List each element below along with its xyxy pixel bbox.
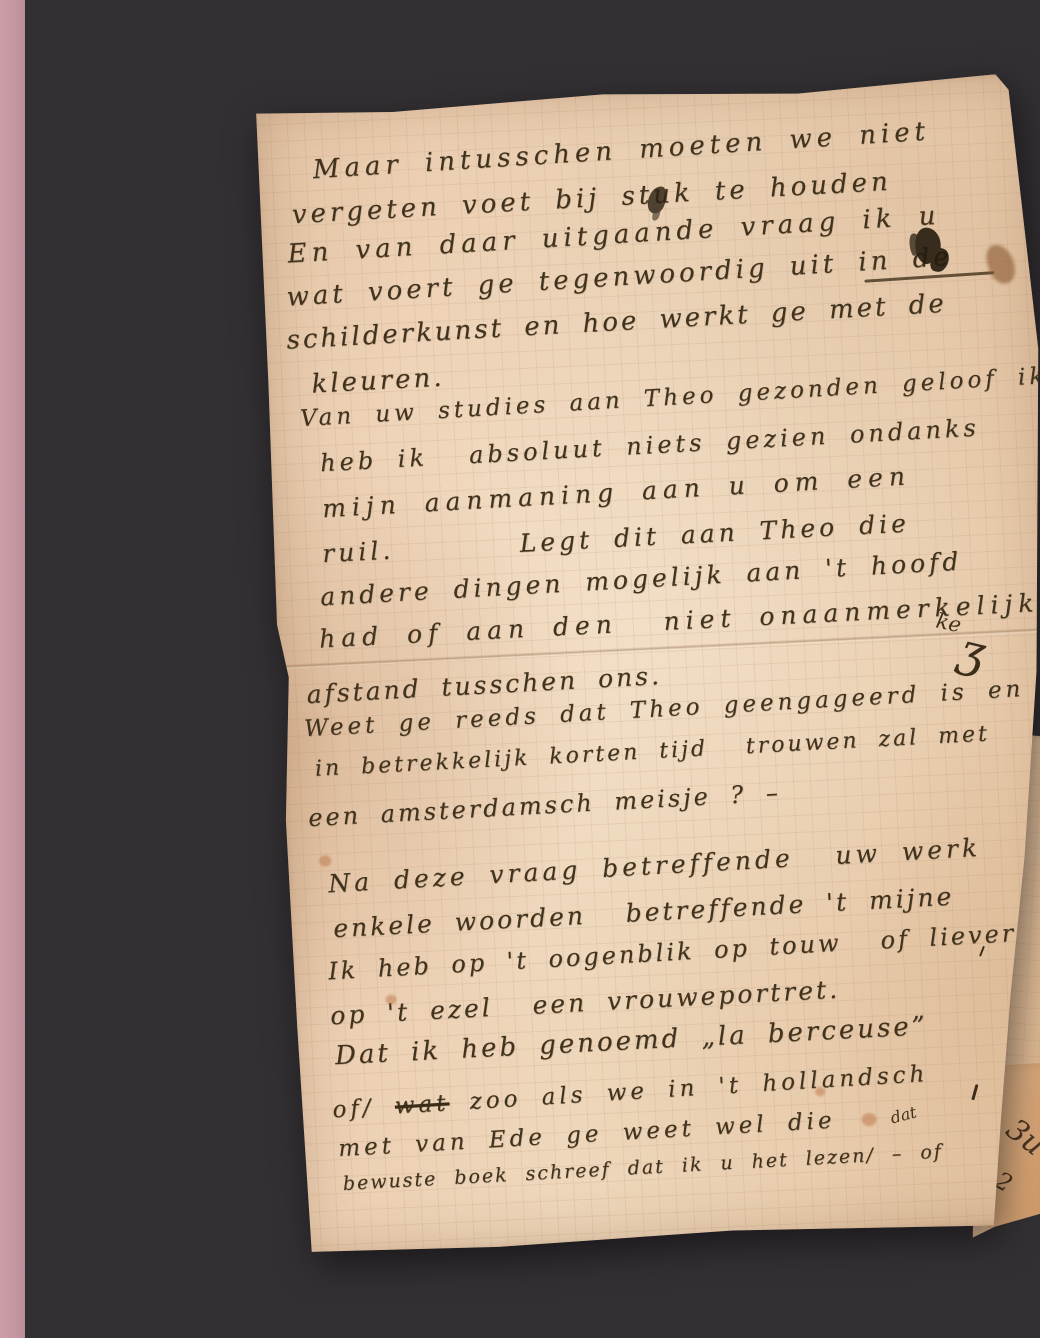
brown-stain — [983, 242, 1018, 287]
raised-word-dat: dat — [888, 1102, 918, 1127]
letter-page-wrapper: Maar intusschen moeten we nietvergeten v… — [0, 0, 1040, 1338]
handwriting-segment: zoo als we in 't hollandsch — [449, 1061, 929, 1116]
photo-stage: 3u 2 Maar intusschen moeten we nietverge… — [0, 0, 1040, 1338]
crossed-out-word: wat — [394, 1090, 450, 1119]
handwriting-line-6: kleuren. — [311, 363, 445, 400]
handwriting-line-16: een amsterdamsch meisje ? – — [308, 779, 782, 833]
rust-stain — [815, 1087, 825, 1096]
ink-tick-mark — [971, 1084, 978, 1100]
handwriting-layer: Maar intusschen moeten we nietvergeten v… — [252, 73, 1031, 108]
rust-stain — [319, 855, 331, 867]
handwriting-segment: of/ — [332, 1094, 396, 1124]
letter-page: Maar intusschen moeten we nietvergeten v… — [252, 73, 1040, 1257]
rust-stain — [861, 1113, 877, 1127]
handwriting-line-22: of/ wat zoo als we in 't hollandsch — [332, 1061, 929, 1123]
pen-flourish-ke: ke — [934, 609, 963, 637]
